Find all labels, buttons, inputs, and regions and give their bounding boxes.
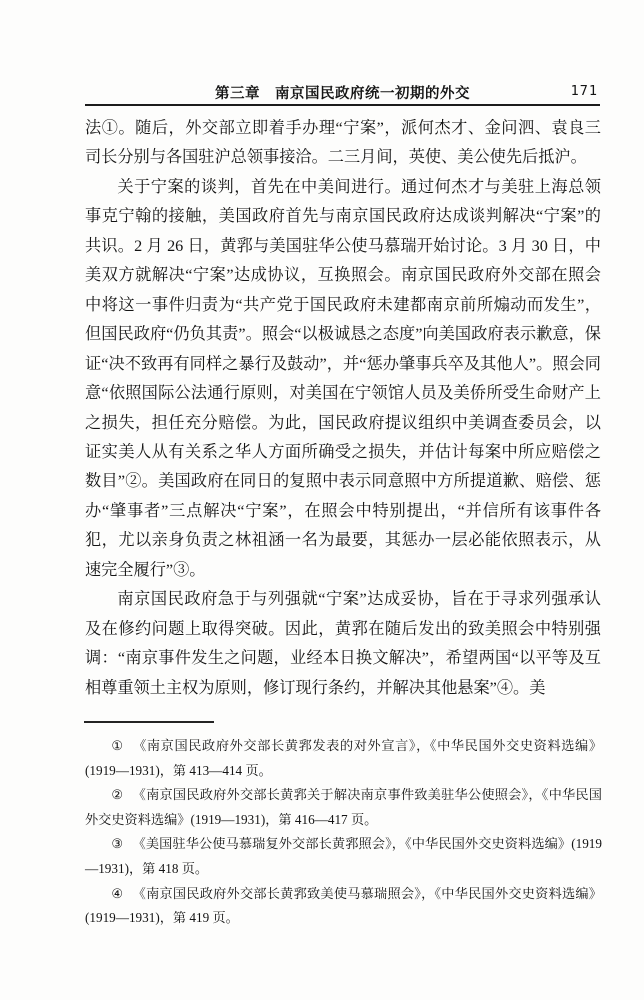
- body-paragraph: 南京国民政府急于与列强就“宁案”达成妥协，旨在于寻求列强承认及在修约问题上取得突…: [85, 585, 601, 703]
- footnote-text: 《南京国民政府外交部长黄郛致美使马慕瑞照会》，《中华民国外交史资料选编》(191…: [85, 886, 602, 926]
- running-header: 第三章 南京国民政府统一初期的外交 171: [85, 82, 600, 102]
- footnote-item: ③《美国驻华公使马慕瑞复外交部长黄郛照会》，《中华民国外交史资料选编》(1919…: [85, 832, 602, 881]
- footnote-separator: [84, 721, 214, 723]
- footnote-text: 《南京国民政府外交部长黄郛关于解决南京事件致美驻华公使照会》，《中华民国外交史资…: [85, 787, 602, 827]
- page-number: 171: [571, 83, 598, 99]
- footnote-item: ②《南京国民政府外交部长黄郛关于解决南京事件致美驻华公使照会》，《中华民国外交史…: [85, 783, 602, 832]
- footnote-item: ④《南京国民政府外交部长黄郛致美使马慕瑞照会》，《中华民国外交史资料选编》(19…: [85, 882, 602, 931]
- footnote-text: 《南京国民政府外交部长黄郛发表的对外宣言》，《中华民国外交史资料选编》(1919…: [85, 738, 602, 778]
- footnote-marker: ③: [111, 836, 123, 851]
- header-rule: [85, 104, 600, 106]
- footnote-marker: ④: [111, 886, 123, 901]
- footnote-text: 《美国驻华公使马慕瑞复外交部长黄郛照会》，《中华民国外交史资料选编》(1919—…: [85, 836, 602, 876]
- footnote-item: ①《南京国民政府外交部长黄郛发表的对外宣言》，《中华民国外交史资料选编》(191…: [85, 734, 602, 783]
- chapter-title: 第三章 南京国民政府统一初期的外交: [85, 82, 600, 103]
- book-page: 第三章 南京国民政府统一初期的外交 171 法①。随后，外交部立即着手办理“宁案…: [0, 0, 644, 1000]
- footnotes: ①《南京国民政府外交部长黄郛发表的对外宣言》，《中华民国外交史资料选编》(191…: [85, 734, 602, 931]
- body-text: 法①。随后，外交部立即着手办理“宁案”，派何杰才、金问泗、袁良三司长分别与各国驻…: [85, 114, 601, 703]
- footnote-marker: ②: [111, 787, 123, 802]
- footnote-marker: ①: [111, 738, 123, 753]
- body-paragraph: 法①。随后，外交部立即着手办理“宁案”，派何杰才、金问泗、袁良三司长分别与各国驻…: [85, 114, 601, 173]
- body-paragraph: 关于宁案的谈判，首先在中美间进行。通过何杰才与美驻上海总领事克宁翰的接触，美国政…: [85, 173, 601, 585]
